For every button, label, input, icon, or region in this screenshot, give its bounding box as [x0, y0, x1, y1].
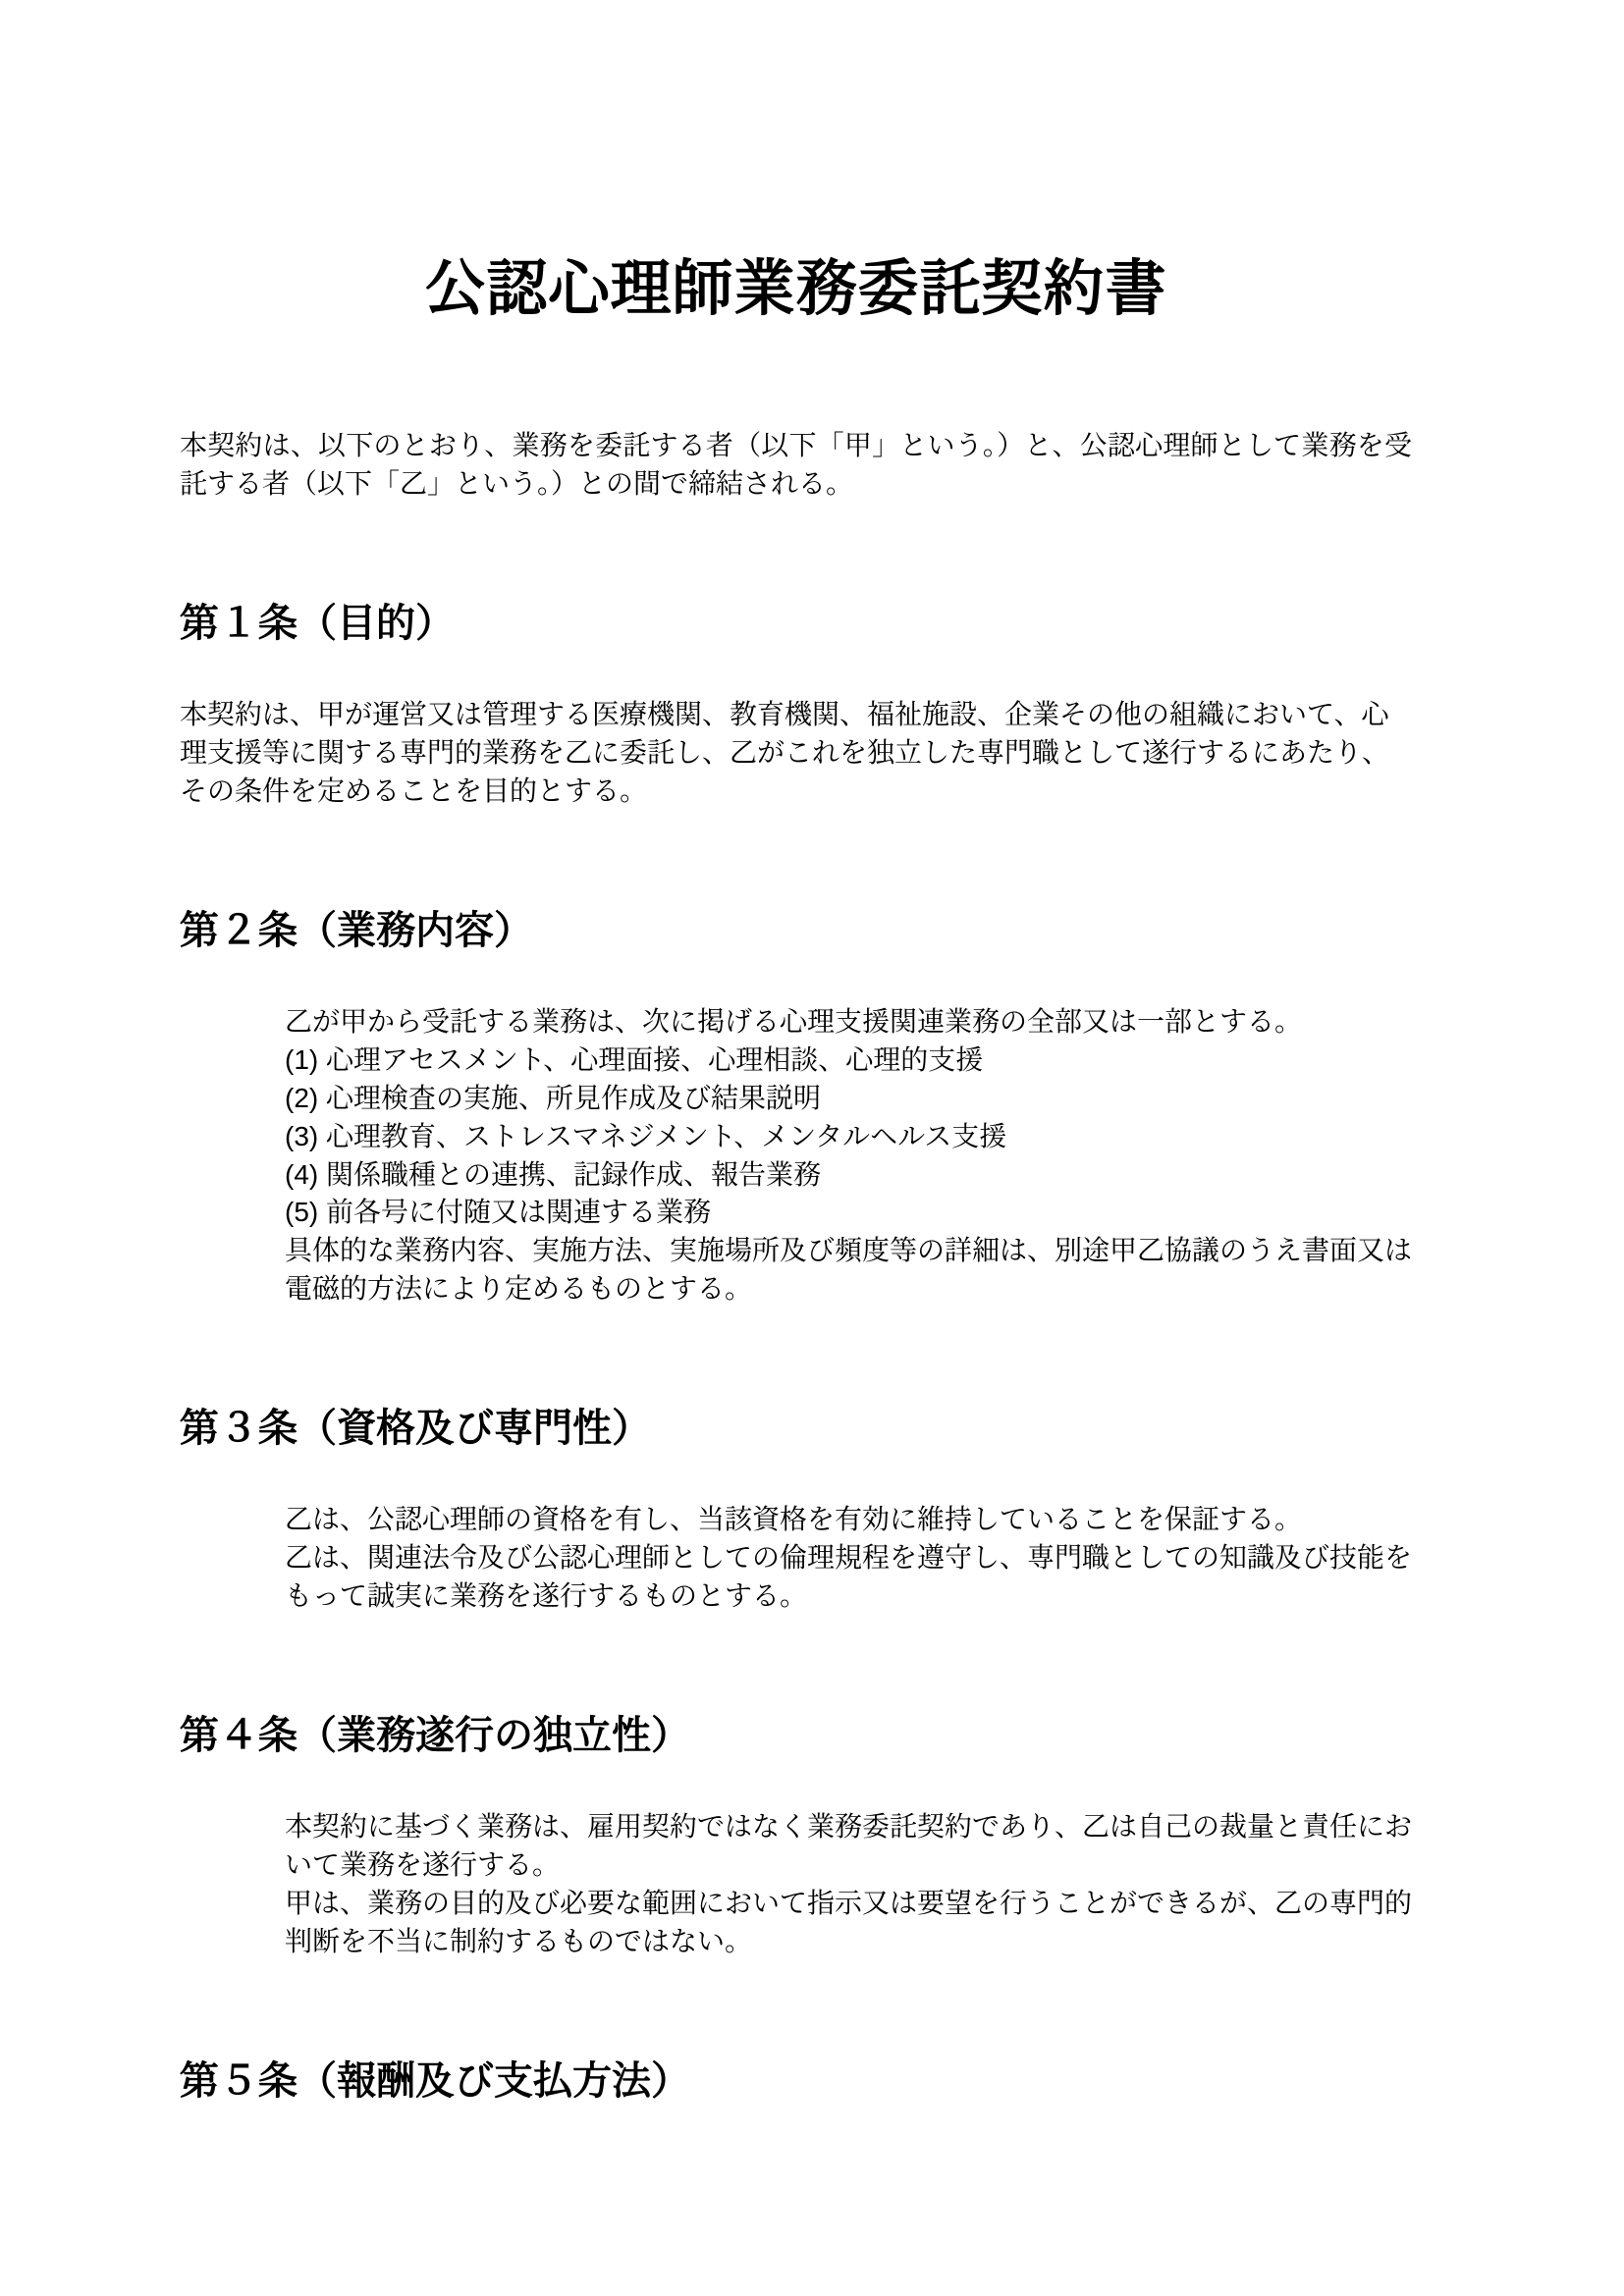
section-paragraph: 乙が甲から受託する業務は、次に掲げる心理支援関連業務の全部又は一部とする。 — [285, 1003, 1412, 1041]
section-paragraph: 甲は、業務の目的及び必要な範囲において指示又は要望を行うことができるが、乙の専門… — [285, 1885, 1412, 1961]
section-body: 本契約に基づく業務は、雇用契約ではなく業務委託契約であり、乙は自己の裁量と責任に… — [180, 1808, 1412, 1961]
section-heading: 第２条（業務内容） — [180, 907, 1412, 954]
section-paragraph: 本契約は、甲が運営又は管理する医療機関、教育機関、福祉施設、企業その他の組織にお… — [180, 696, 1412, 811]
contract-section: 第４条（業務遂行の独立性） 本契約に基づく業務は、雇用契約ではなく業務委託契約で… — [180, 1712, 1412, 1961]
section-paragraph: 乙は、公認心理師の資格を有し、当該資格を有効に維持していることを保証する。 — [285, 1501, 1412, 1539]
section-paragraph: (1) 心理アセスメント、心理面接、心理相談、心理的支援 — [285, 1041, 1412, 1080]
section-paragraph: (2) 心理検査の実施、所見作成及び結果説明 — [285, 1080, 1412, 1118]
section-heading: 第１条（目的） — [180, 600, 1412, 647]
section-paragraph: 本契約に基づく業務は、雇用契約ではなく業務委託契約であり、乙は自己の裁量と責任に… — [285, 1808, 1412, 1885]
contract-section: 第１条（目的） 本契約は、甲が運営又は管理する医療機関、教育機関、福祉施設、企業… — [180, 600, 1412, 811]
section-body: 乙は、公認心理師の資格を有し、当該資格を有効に維持していることを保証する。乙は、… — [180, 1501, 1412, 1616]
section-paragraph: (4) 関係職種との連携、記録作成、報告業務 — [285, 1156, 1412, 1195]
section-paragraph: 具体的な業務内容、実施方法、実施場所及び頻度等の詳細は、別途甲乙協議のうえ書面又… — [285, 1232, 1412, 1308]
section-heading: 第３条（資格及び専門性） — [180, 1405, 1412, 1452]
preamble-paragraph: 本契約は、以下のとおり、業務を委託する者（以下「甲」という。）と、公認心理師とし… — [180, 427, 1412, 504]
contract-section: 第５条（報酬及び支払方法） — [180, 2057, 1412, 2105]
section-body: 乙が甲から受託する業務は、次に掲げる心理支援関連業務の全部又は一部とする。(1)… — [180, 1003, 1412, 1308]
section-heading: 第５条（報酬及び支払方法） — [180, 2057, 1412, 2105]
sections-container: 第１条（目的） 本契約は、甲が運営又は管理する医療機関、教育機関、福祉施設、企業… — [180, 600, 1412, 2104]
contract-section: 第３条（資格及び専門性） 乙は、公認心理師の資格を有し、当該資格を有効に維持して… — [180, 1405, 1412, 1616]
document-title: 公認心理師業務委託契約書 — [180, 253, 1412, 326]
document-page: 公認心理師業務委託契約書 本契約は、以下のとおり、業務を委託する者（以下「甲」と… — [0, 0, 1624, 2296]
section-body: 本契約は、甲が運営又は管理する医療機関、教育機関、福祉施設、企業その他の組織にお… — [180, 696, 1412, 811]
contract-section: 第２条（業務内容） 乙が甲から受託する業務は、次に掲げる心理支援関連業務の全部又… — [180, 907, 1412, 1308]
section-heading: 第４条（業務遂行の独立性） — [180, 1712, 1412, 1759]
section-paragraph: (3) 心理教育、ストレスマネジメント、メンタルヘルス支援 — [285, 1118, 1412, 1156]
section-paragraph: 乙は、関連法令及び公認心理師としての倫理規程を遵守し、専門職としての知識及び技能… — [285, 1539, 1412, 1616]
section-paragraph: (5) 前各号に付随又は関連する業務 — [285, 1194, 1412, 1232]
